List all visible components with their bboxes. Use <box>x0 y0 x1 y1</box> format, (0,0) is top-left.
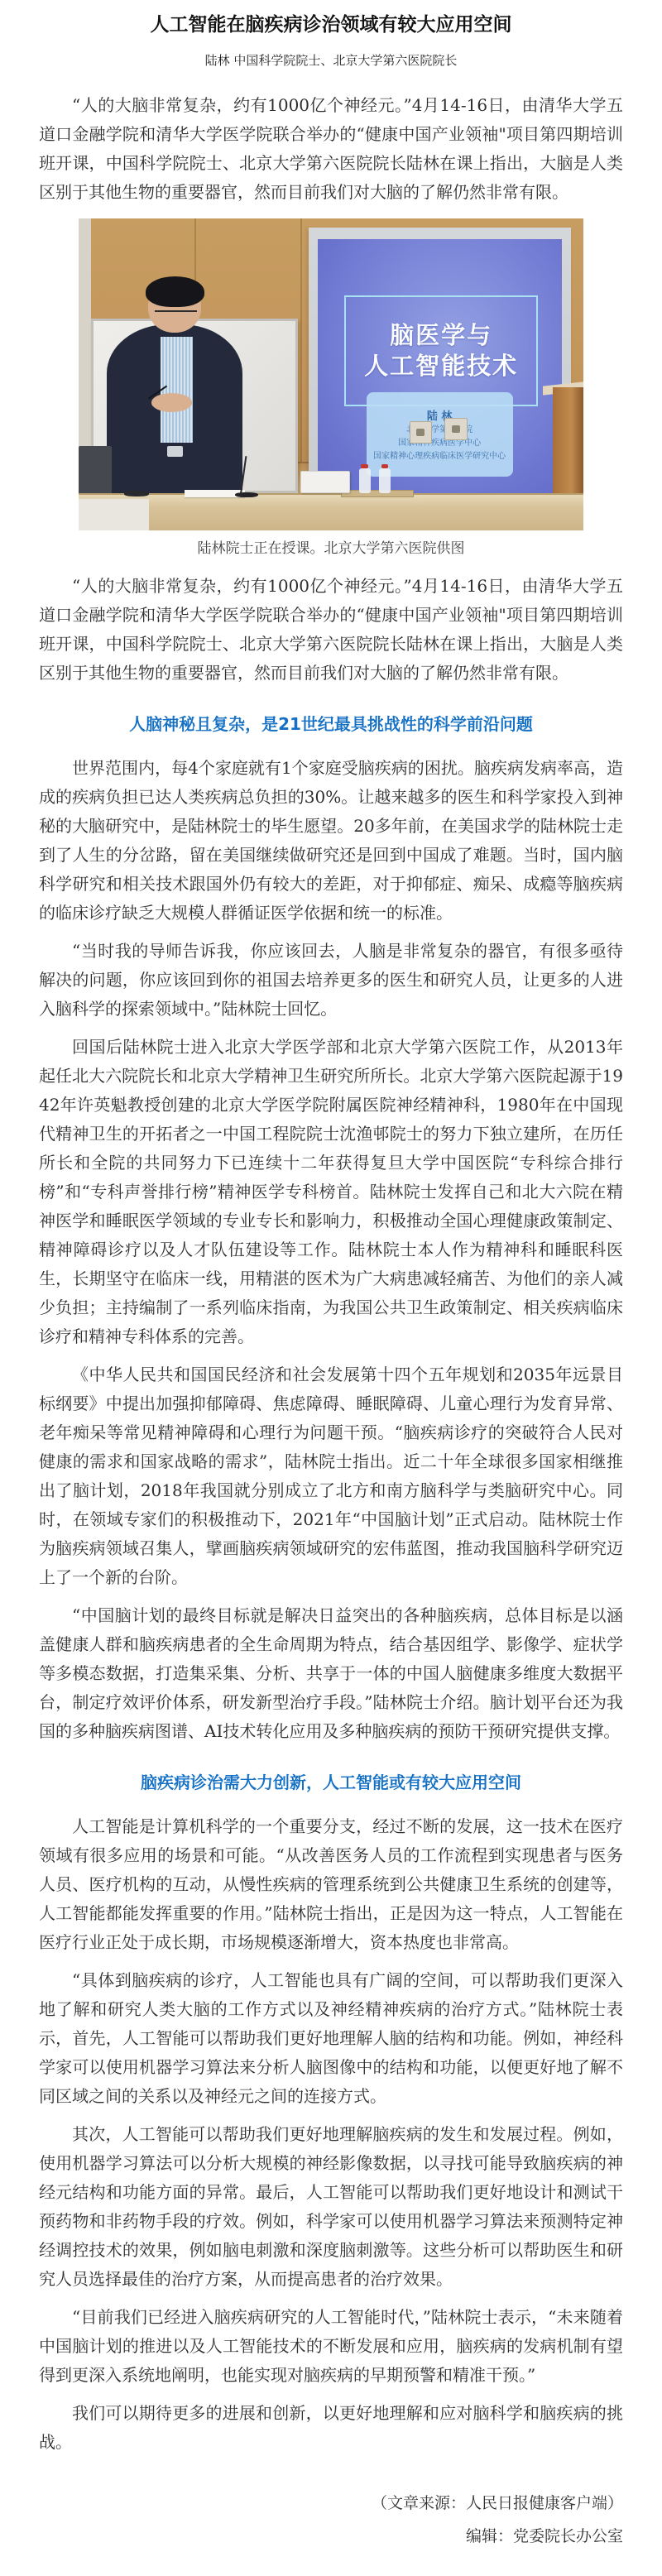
paragraph: 人工智能是计算机科学的一个重要分支，经过不断的发展，这一技术在医疗领域有很多应用… <box>39 1812 623 1957</box>
article-editor: 编辑：党委院长办公室 <box>39 2520 623 2553</box>
lecture-photo: 脑医学与 人工智能技术 陆 林 北京大学第六医院 国家精神疾病医学中心 国家精神… <box>79 218 583 530</box>
footer: （文章来源：人民日报健康客户端） 编辑：党委院长办公室 <box>39 2487 623 2553</box>
paragraph: 我们可以期待更多的进展和创新，以更好地理解和应对脑科学和脑疾病的挑战。 <box>39 2399 623 2457</box>
slide-title-box: 脑医学与 人工智能技术 <box>344 295 538 406</box>
article-source: （文章来源：人民日报健康客户端） <box>39 2487 623 2520</box>
presenter-hands <box>151 393 192 412</box>
microphone-base <box>235 492 257 498</box>
desk-left-surface <box>79 499 149 530</box>
presenter-glasses <box>155 301 198 312</box>
monitor-silhouette <box>79 446 112 496</box>
desk-tray <box>341 490 413 498</box>
presenter-shirt <box>161 337 194 443</box>
desk <box>79 493 583 530</box>
microphone-2 <box>124 491 150 496</box>
section-heading-1: 人脑神秘且复杂，是21世纪最具挑战性的科学前沿问题 <box>39 712 623 736</box>
slide: 脑医学与 人工智能技术 陆 林 北京大学第六医院 国家精神疾病医学中心 国家精神… <box>318 239 562 495</box>
article-page: 人工智能在脑疾病诊治领域有较大应用空间 陆林 中国科学院院士、北京大学第六医院院… <box>0 0 662 2576</box>
wall-outlet <box>444 418 468 440</box>
slide-title-line1: 脑医学与 <box>390 320 492 351</box>
paragraph: “人的大脑非常复杂，约有1000亿个神经元。”4月14-16日，由清华大学五道口… <box>39 572 623 688</box>
paragraph: “具体到脑疾病的诊疗，人工智能也具有广阔的空间，可以帮助我们更深入地了解和研究人… <box>39 1966 623 2111</box>
outlet-hole <box>416 429 425 436</box>
paragraph: “当时我的导师告诉我，你应该回去，人脑是非常复杂的器官，有很多亟待解决的问题，你… <box>39 937 623 1024</box>
paragraph: “中国脑计划的最终目标就是解决日益突出的各种脑疾病，总体目标是以涵盖健康人群和脑… <box>39 1601 623 1746</box>
paragraph: 《中华人民共和国国民经济和社会发展第十四个五年规划和2035年远景目标纲要》中提… <box>39 1360 623 1592</box>
photo-caption: 陆林院士正在授课。北京大学第六医院供图 <box>39 539 623 559</box>
paragraph: “目前我们已经进入脑疾病研究的人工智能时代，”陆林院士表示，“未来随着中国脑计划… <box>39 2303 623 2390</box>
paragraph: 回国后陆林院士进入北京大学医学部和北京大学第六医院工作，从2013年起任北大六院… <box>39 1033 623 1351</box>
wood-seam <box>300 218 302 462</box>
wall-outlet <box>410 421 433 444</box>
presenter-belt-buckle <box>167 446 184 457</box>
tissue-box <box>300 471 350 493</box>
outlet-hole <box>452 425 460 433</box>
water-bottle <box>359 468 371 493</box>
podium <box>553 387 583 500</box>
section-heading-2: 脑疾病诊治需大力创新，人工智能或有较大应用空间 <box>39 1771 623 1794</box>
byline: 陆林 中国科学院院士、北京大学第六医院院长 <box>39 51 623 70</box>
paragraph: “人的大脑非常复杂，约有1000亿个神经元。”4月14-16日，由清华大学五道口… <box>39 91 623 207</box>
paragraph: 世界范围内，每4个家庭就有1个家庭受脑疾病的困扰。脑疾病发病率高，造成的疾病负担… <box>39 754 623 928</box>
water-bottle <box>379 468 391 493</box>
slide-org-line: 国家精神心理疾病临床医学研究中心 <box>373 451 506 463</box>
slide-title-line2: 人工智能技术 <box>364 351 518 381</box>
slide-speaker-card: 陆 林 北京大学第六医院 国家精神疾病医学中心 国家精神心理疾病临床医学研究中心 <box>367 392 513 477</box>
page-title: 人工智能在脑疾病诊治领域有较大应用空间 <box>39 12 623 38</box>
paragraph: 其次，人工智能可以帮助我们更好地理解脑疾病的发生和发展过程。例如，使用机器学习算… <box>39 2120 623 2294</box>
